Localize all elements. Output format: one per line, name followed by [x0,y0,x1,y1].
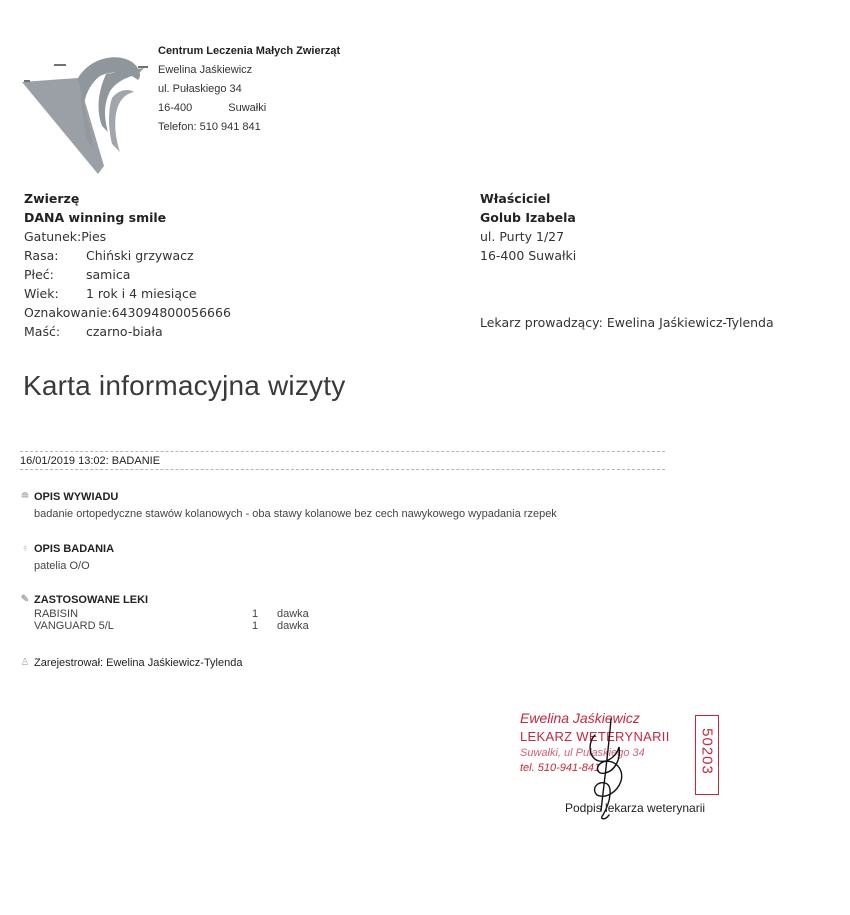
age-label: Wiek: [24,284,86,303]
animal-breed-row: Rasa:Chiński grzywacz [24,246,231,265]
clinic-owner: Ewelina Jaśkiewicz [158,61,340,80]
medications-list: RABISIN 1 dawka VANGUARD 5/L 1 dawka [20,608,309,632]
medication-unit: dawka [277,620,309,632]
divider-top [20,451,665,452]
owner-city: 16-400 Suwałki [480,246,576,265]
clinic-city: Suwałki [228,102,266,114]
person-icon: ♙ [20,657,30,669]
owner-block: Właściciel Golub Izabela ul. Purty 1/27 … [480,189,576,265]
clinic-name: Centrum Leczenia Małych Zwierząt [158,42,340,61]
species-label: Gatunek: [24,227,81,246]
clinic-city-row: 16-400Suwałki [158,99,340,118]
marking-value: 643094800056666 [112,303,231,322]
age-value: 1 rok i 4 miesiące [86,284,197,303]
medication-name: RABISIN [34,608,252,620]
section-registered: ♙ Zarejestrował: Ewelina Jaśkiewicz-Tyle… [20,657,242,669]
color-value: czarno-biała [86,322,163,341]
marking-label: Oznakowanie: [24,303,112,322]
divider-bottom [20,469,665,470]
section-examination: ♁ OPIS BADANIA patelia O/O [20,543,114,573]
animal-color-row: Maść:czarno-biała [24,322,231,341]
layers-icon: ≘ [20,491,30,503]
license-number: 50203 [699,715,716,789]
medication-row: VANGUARD 5/L 1 dawka [34,620,309,632]
medication-unit: dawka [277,608,309,620]
animal-name: DANA winning smile [24,208,231,227]
breed-value: Chiński grzywacz [86,246,194,265]
animal-age-row: Wiek:1 rok i 4 miesiące [24,284,231,303]
lightbulb-icon: ♁ [20,543,30,555]
clinic-logo-icon [20,48,150,178]
animal-sex-row: Płeć:samica [24,265,231,284]
owner-heading: Właściciel [480,189,576,208]
section-examination-title: OPIS BADANIA [34,543,114,555]
medication-qty: 1 [252,620,277,632]
animal-heading: Zwierzę [24,189,231,208]
color-label: Maść: [24,322,86,341]
section-examination-text: patelia O/O [20,559,114,573]
license-number-box: 50203 [695,715,719,795]
animal-block: Zwierzę DANA winning smile Gatunek:Pies … [24,189,231,341]
sex-label: Płeć: [24,265,86,284]
section-medications: ✎ ZASTOSOWANE LEKI RABISIN 1 dawka VANGU… [20,594,309,632]
clinic-postal-code: 16-400 [158,102,192,114]
attending-doctor: Lekarz prowadzący: Ewelina Jaśkiewicz-Ty… [480,315,774,330]
breed-label: Rasa: [24,246,86,265]
syringe-icon: ✎ [20,594,30,606]
document-title: Karta informacyjna wizyty [23,370,345,402]
clinic-info: Centrum Leczenia Małych Zwierząt Ewelina… [158,42,340,137]
medication-name: VANGUARD 5/L [34,620,252,632]
clinic-street: ul. Pułaskiego 34 [158,80,340,99]
registered-by: Zarejestrował: Ewelina Jaśkiewicz-Tylend… [34,657,242,669]
owner-name: Golub Izabela [480,208,576,227]
clinic-phone: Telefon: 510 941 841 [158,118,340,137]
owner-street: ul. Purty 1/27 [480,227,576,246]
animal-marking-row: Oznakowanie:643094800056666 [24,303,231,322]
section-interview-title: OPIS WYWIADU [34,491,118,503]
species-value: Pies [81,227,106,246]
medication-row: RABISIN 1 dawka [34,608,309,620]
signature-label: Podpis lekarza weterynarii [565,801,705,815]
visit-header: 16/01/2019 13:02: BADANIE [20,455,160,467]
sex-value: samica [86,265,130,284]
animal-species-row: Gatunek:Pies [24,227,231,246]
section-medications-title: ZASTOSOWANE LEKI [34,594,148,606]
section-interview-text: badanie ortopedyczne stawów kolanowych -… [20,507,557,521]
medication-qty: 1 [252,608,277,620]
section-interview: ≘ OPIS WYWIADU badanie ortopedyczne staw… [20,491,557,521]
